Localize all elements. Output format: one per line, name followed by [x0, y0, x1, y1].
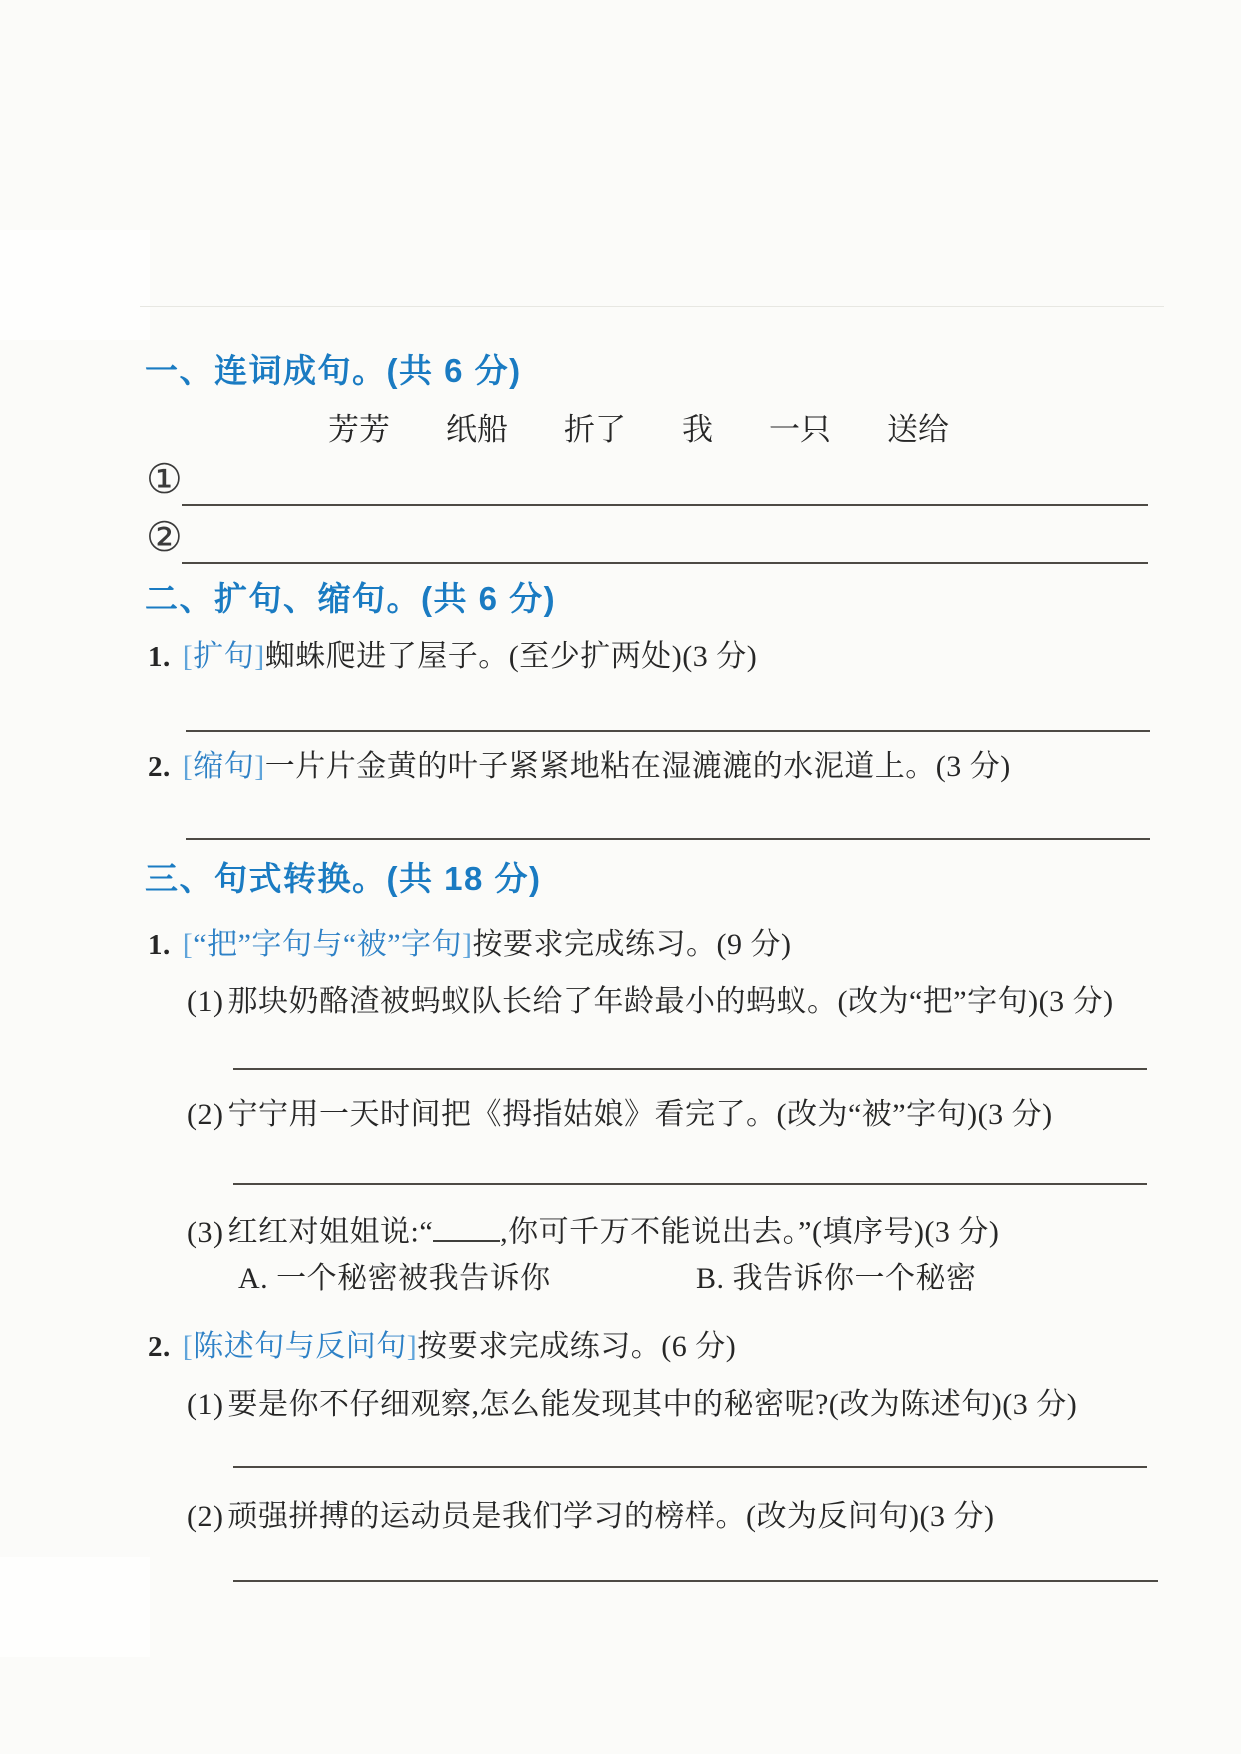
tag-close-bracket: ] — [462, 928, 473, 961]
tag-close-bracket: ] — [254, 750, 265, 783]
sub-item-label: (2) — [187, 1500, 223, 1533]
answer-line-1 — [182, 504, 1148, 506]
item-row-statement-rhetorical: 2.[陈述句与反问句]按要求完成练习。(6 分) — [148, 1330, 736, 1365]
sub-item-label: (2) — [187, 1098, 223, 1131]
section2-title: 二、扩句、缩句。(共 6 分) — [145, 580, 556, 618]
answer-line — [186, 838, 1150, 840]
scan-patch — [0, 1557, 150, 1657]
item-text: 一片片金黄的叶子紧紧地粘在湿漉漉的水泥道上。(3 分) — [265, 750, 1011, 783]
answer-line — [233, 1068, 1147, 1070]
sub-item-2: (2)宁宁用一天时间把《拇指姑娘》看完了。(改为“被”字句)(3 分) — [187, 1098, 1053, 1133]
sub-item-label: (1) — [187, 985, 223, 1018]
tag-open-bracket: [ — [183, 640, 194, 673]
option-a: A. 一个秘密被我告诉你 — [238, 1262, 551, 1297]
item-number: 1. — [148, 929, 171, 961]
tag-close-bracket: ] — [254, 640, 265, 673]
fill-in-blank — [433, 1208, 500, 1242]
word-bank-word: 纸船 — [446, 412, 508, 448]
item-tag: 陈述句与反问句 — [193, 1330, 407, 1363]
sub-item-text: 要是你不仔细观察,怎么能发现其中的秘密呢?(改为陈述句)(3 分) — [227, 1388, 1077, 1421]
sub-item-2: (2)顽强拼搏的运动员是我们学习的榜样。(改为反问句)(3 分) — [187, 1500, 994, 1535]
item-tag: “把”字句与“被”字句 — [193, 928, 462, 961]
item-tag: 扩句 — [193, 640, 254, 673]
answer-line — [233, 1580, 1158, 1582]
sub-item-text: 宁宁用一天时间把《拇指姑娘》看完了。(改为“被”字句)(3 分) — [227, 1098, 1052, 1131]
sub-item-3: (3)红红对姐姐说:“,你可千万不能说出去。”(填序号)(3 分) — [187, 1208, 999, 1250]
tag-open-bracket: [ — [183, 750, 194, 783]
answer-line — [186, 730, 1150, 732]
sub-item-label: (3) — [187, 1216, 223, 1249]
item-number: 2. — [148, 751, 171, 783]
item-tag: 缩句 — [193, 750, 254, 783]
sub-item-label: (1) — [187, 1388, 223, 1421]
tag-open-bracket: [ — [183, 928, 194, 961]
word-bank-word: 一只 — [769, 412, 831, 448]
word-bank-word: 折了 — [564, 412, 626, 448]
section3-title: 三、句式转换。(共 18 分) — [145, 860, 542, 898]
item-row-expand: 1.[扩句]蜘蛛爬进了屋子。(至少扩两处)(3 分) — [148, 640, 757, 675]
section1-title: 一、连词成句。(共 6 分) — [145, 352, 522, 390]
word-bank-word: 我 — [682, 412, 713, 448]
tag-close-bracket: ] — [407, 1330, 418, 1363]
word-bank: 芳芳 纸船 折了 我 一只 送给 — [328, 412, 949, 448]
scan-artifact-line — [140, 306, 1164, 307]
sub-item-text-after: ,你可千万不能说出去。”(填序号)(3 分) — [500, 1216, 999, 1249]
option-b: B. 我告诉你一个秘密 — [696, 1262, 977, 1297]
item-text: 蜘蛛爬进了屋子。(至少扩两处)(3 分) — [265, 640, 757, 673]
item-text: 按要求完成练习。(9 分) — [473, 928, 792, 961]
sub-item-1: (1)要是你不仔细观察,怎么能发现其中的秘密呢?(改为陈述句)(3 分) — [187, 1388, 1077, 1423]
sub-item-text: 顽强拼搏的运动员是我们学习的榜样。(改为反问句)(3 分) — [227, 1500, 994, 1533]
answer-line — [233, 1466, 1147, 1468]
item-number: 1. — [148, 641, 171, 673]
worksheet-page: 一、连词成句。(共 6 分) 芳芳 纸船 折了 我 一只 送给 ① ② 二、扩句… — [0, 0, 1241, 1754]
tag-open-bracket: [ — [183, 1330, 194, 1363]
circled-number-2: ② — [146, 517, 183, 558]
scan-patch — [0, 230, 150, 340]
word-bank-word: 芳芳 — [328, 412, 390, 448]
circled-number-1: ① — [146, 459, 183, 500]
sub-item-text: 那块奶酪渣被蚂蚁队长给了年龄最小的蚂蚁。(改为“把”字句)(3 分) — [227, 985, 1113, 1018]
item-number: 2. — [148, 1331, 171, 1363]
answer-line-2 — [182, 562, 1148, 564]
answer-line — [233, 1183, 1147, 1185]
item-row-ba-bei: 1.[“把”字句与“被”字句]按要求完成练习。(9 分) — [148, 928, 792, 963]
word-bank-word: 送给 — [887, 412, 949, 448]
sub-item-1: (1)那块奶酪渣被蚂蚁队长给了年龄最小的蚂蚁。(改为“把”字句)(3 分) — [187, 985, 1114, 1020]
item-row-shrink: 2.[缩句]一片片金黄的叶子紧紧地粘在湿漉漉的水泥道上。(3 分) — [148, 750, 1011, 785]
sub-item-text-before: 红红对姐姐说:“ — [227, 1216, 433, 1249]
item-text: 按要求完成练习。(6 分) — [417, 1330, 736, 1363]
